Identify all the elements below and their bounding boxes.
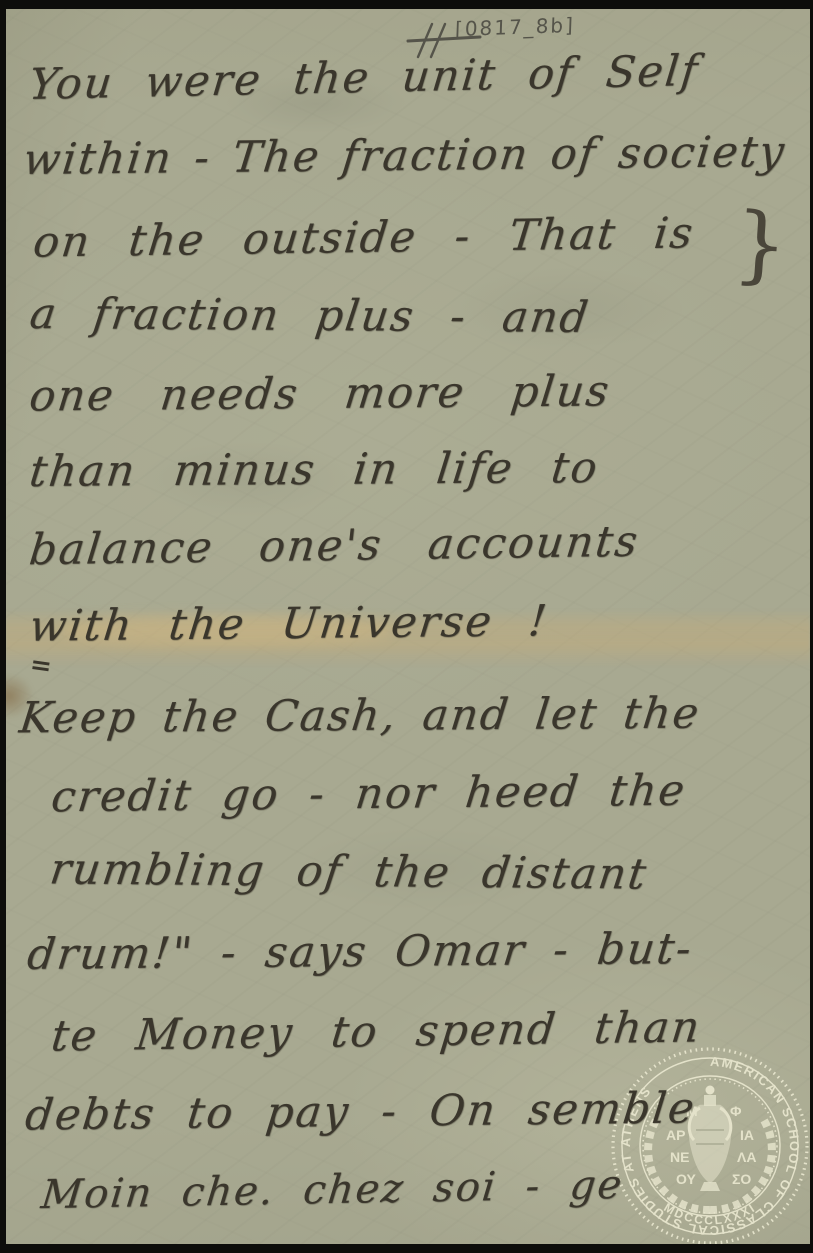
letter-paper: [0817_8b] AMERICAN SCHOOL OF CLASSICAL S bbox=[6, 9, 810, 1244]
handwritten-line-1: You were the unit of Self bbox=[27, 46, 702, 110]
handwritten-line-15: Moin che. chez soi - ge bbox=[39, 1162, 626, 1218]
handwritten-line-5: one needs more plus bbox=[27, 366, 613, 421]
handwritten-line-3: on the outside - That is bbox=[31, 208, 697, 267]
seal-greek-letter: ΣΟ bbox=[732, 1171, 751, 1187]
handwritten-line-2: within - The fraction of society bbox=[21, 127, 789, 185]
seal-greek-letter: Φ bbox=[730, 1103, 742, 1119]
handwritten-line-8: with the Universe ! bbox=[27, 596, 551, 651]
handwritten-line-10: credit go - nor heed the bbox=[49, 766, 689, 823]
seal-greek-letter: ΛΑ bbox=[737, 1149, 756, 1165]
handwritten-line-9: Keep the Cash, and let the bbox=[17, 689, 703, 744]
handwritten-line-14: debts to pay - On semble bbox=[23, 1083, 699, 1140]
handwritten-line-6: than minus in life to bbox=[27, 443, 602, 497]
seal-greek-letter: ΟΥ bbox=[676, 1171, 697, 1187]
handwritten-line-7: balance one's accounts bbox=[27, 517, 642, 575]
handwritten-line-13: te Money to spend than bbox=[49, 1002, 704, 1061]
handwritten-line-4: a fraction plus - and bbox=[27, 289, 593, 343]
handwritten-line-11: rumbling of the distant bbox=[47, 844, 651, 899]
scanned-letter-page: [0817_8b] AMERICAN SCHOOL OF CLASSICAL S bbox=[0, 0, 813, 1253]
seal-greek-letter: ΝΕ bbox=[670, 1149, 689, 1165]
handwritten-line-12: drum!" - says Omar - but- bbox=[25, 924, 696, 980]
embossed-school-seal: AMERICAN SCHOOL OF CLASSICAL STUDIES AT … bbox=[604, 1040, 810, 1244]
seal-greek-letter: ΙΑ bbox=[740, 1127, 754, 1143]
double-dash-mark: = bbox=[28, 650, 54, 683]
brace-flourish: } bbox=[731, 193, 791, 294]
